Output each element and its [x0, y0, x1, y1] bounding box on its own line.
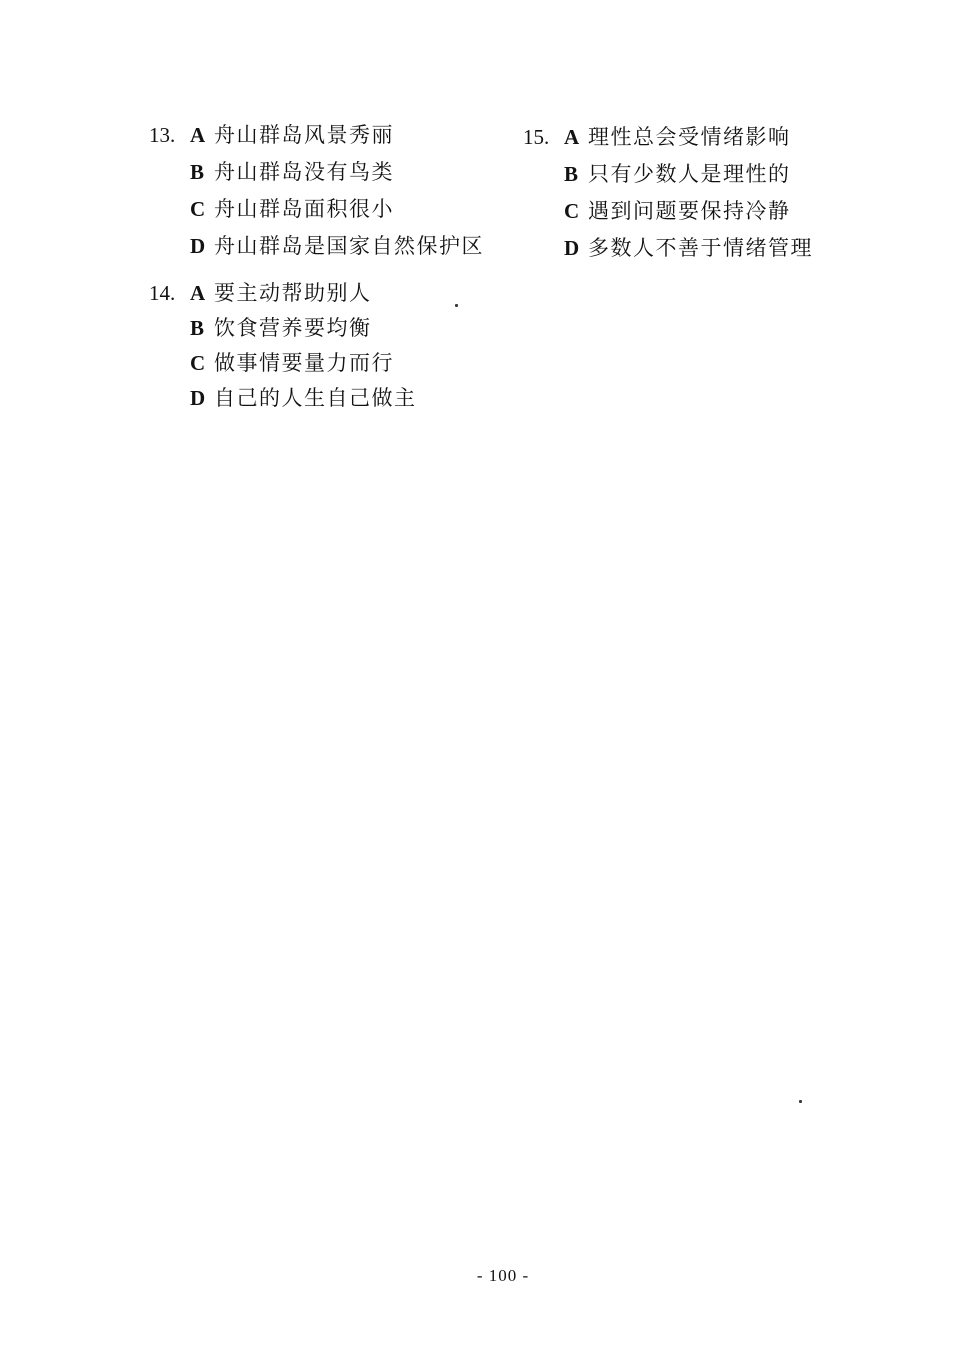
- option-letter: B: [564, 156, 588, 193]
- option-text: 多数人不善于情绪管理: [588, 230, 813, 267]
- option-text: 自己的人生自己做主: [214, 381, 417, 416]
- option-row: C 舟山群岛面积很小: [149, 191, 484, 228]
- option-letter: A: [190, 276, 214, 311]
- option-row: 14. A 要主动帮助别人: [149, 276, 417, 311]
- option-row: B 饮食营养要均衡: [149, 311, 417, 346]
- option-letter: B: [190, 154, 214, 191]
- option-letter: B: [190, 311, 214, 346]
- document-page: 13. A 舟山群岛风景秀丽 B 舟山群岛没有鸟类 C 舟山群岛面积很小 D 舟…: [0, 0, 960, 1357]
- page-number: - 100 -: [477, 1266, 529, 1286]
- option-row: C 遇到问题要保持冷静: [523, 193, 813, 230]
- question-15: 15. A 理性总会受情绪影响 B 只有少数人是理性的 C 遇到问题要保持冷静 …: [523, 119, 813, 267]
- option-row: C 做事情要量力而行: [149, 346, 417, 381]
- option-letter: A: [190, 117, 214, 154]
- option-row: D 多数人不善于情绪管理: [523, 230, 813, 267]
- option-letter: C: [190, 191, 214, 228]
- option-text: 饮食营养要均衡: [214, 311, 372, 346]
- question-13: 13. A 舟山群岛风景秀丽 B 舟山群岛没有鸟类 C 舟山群岛面积很小 D 舟…: [149, 117, 484, 265]
- option-text: 舟山群岛风景秀丽: [214, 117, 394, 154]
- option-letter: D: [190, 228, 214, 265]
- option-letter: C: [190, 346, 214, 381]
- option-row: 15. A 理性总会受情绪影响: [523, 119, 813, 156]
- question-number: 14.: [149, 276, 190, 311]
- option-text: 理性总会受情绪影响: [588, 119, 791, 156]
- question-number: 15.: [523, 119, 564, 156]
- option-text: 舟山群岛没有鸟类: [214, 154, 394, 191]
- option-text: 舟山群岛面积很小: [214, 191, 394, 228]
- option-letter: D: [190, 381, 214, 416]
- option-text: 舟山群岛是国家自然保护区: [214, 228, 484, 265]
- scan-speck: [455, 304, 458, 307]
- option-text: 做事情要量力而行: [214, 346, 394, 381]
- option-row: D 自己的人生自己做主: [149, 381, 417, 416]
- option-row: B 只有少数人是理性的: [523, 156, 813, 193]
- option-text: 要主动帮助别人: [214, 276, 372, 311]
- scan-speck: [799, 1100, 802, 1103]
- option-row: 13. A 舟山群岛风景秀丽: [149, 117, 484, 154]
- option-text: 遇到问题要保持冷静: [588, 193, 791, 230]
- option-row: B 舟山群岛没有鸟类: [149, 154, 484, 191]
- question-number: 13.: [149, 117, 190, 154]
- option-text: 只有少数人是理性的: [588, 156, 791, 193]
- option-letter: D: [564, 230, 588, 267]
- option-letter: C: [564, 193, 588, 230]
- option-letter: A: [564, 119, 588, 156]
- question-14: 14. A 要主动帮助别人 B 饮食营养要均衡 C 做事情要量力而行 D 自己的…: [149, 276, 417, 416]
- option-row: D 舟山群岛是国家自然保护区: [149, 228, 484, 265]
